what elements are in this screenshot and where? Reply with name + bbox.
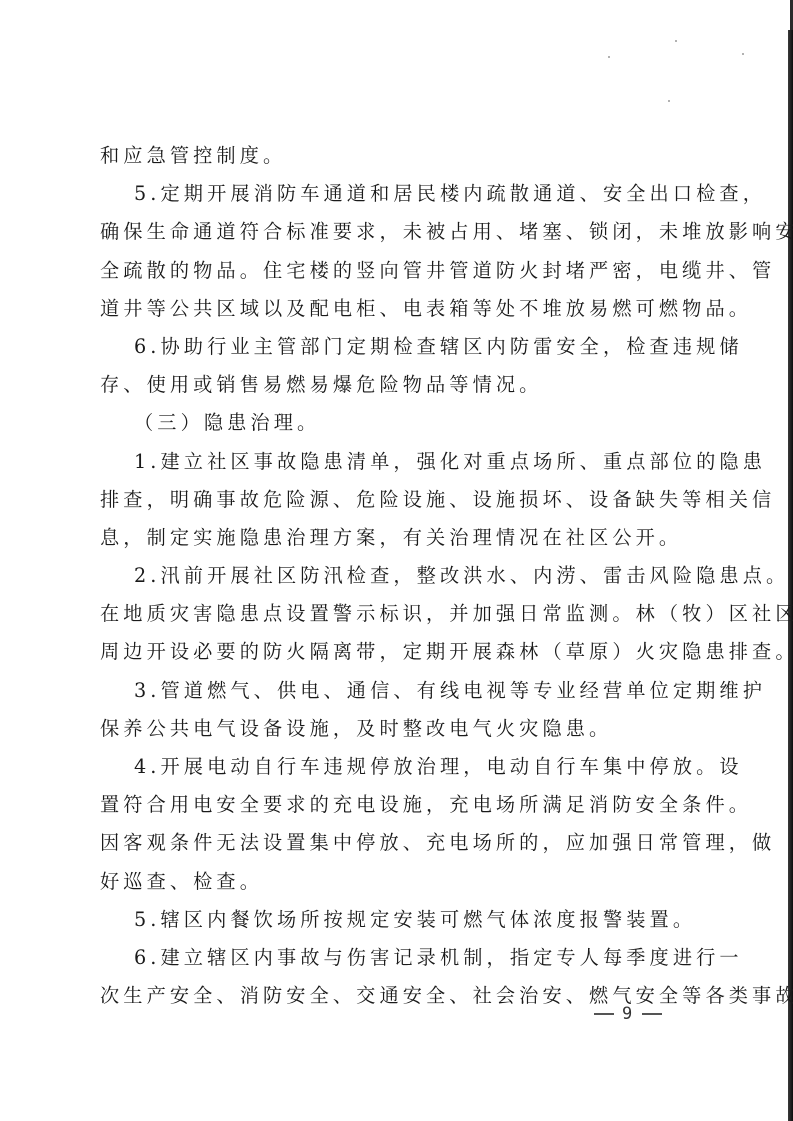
text-line: 因客观条件无法设置集中停放、充电场所的，应加强日常管理，做 (100, 824, 668, 862)
text-line: 和应急管控制度。 (100, 137, 668, 175)
text-line: 周边开设必要的防火隔离带，定期开展森林（草原）火灾隐患排查。 (100, 633, 668, 671)
text-line: 2.汛前开展社区防汛检查，整改洪水、内涝、雷击风险隐患点。 (100, 557, 668, 595)
scan-speck (675, 40, 677, 42)
text-line: 5.定期开展消防车通道和居民楼内疏散通道、安全出口检查， (100, 175, 668, 213)
text-line: 息，制定实施隐患治理方案，有关治理情况在社区公开。 (100, 519, 668, 557)
text-line: 3.管道燃气、供电、通信、有线电视等专业经营单位定期维护 (100, 672, 668, 710)
page-number-dash-right (642, 1013, 662, 1014)
document-body: 和应急管控制度。5.定期开展消防车通道和居民楼内疏散通道、安全出口检查，确保生命… (100, 137, 668, 1015)
text-line: （三）隐患治理。 (100, 404, 668, 442)
text-line: 4.开展电动自行车违规停放治理，电动自行车集中停放。设 (100, 748, 668, 786)
text-line: 保养公共电气设备设施，及时整改电气火灾隐患。 (100, 710, 668, 748)
scan-speck (668, 100, 670, 102)
document-page: 和应急管控制度。5.定期开展消防车通道和居民楼内疏散通道、安全出口检查，确保生命… (0, 0, 793, 1121)
page-number-value: 9 (622, 1004, 634, 1024)
text-line: 6.建立辖区内事故与伤害记录机制，指定专人每季度进行一 (100, 939, 668, 977)
text-line: 置符合用电安全要求的充电设施，充电场所满足消防安全条件。 (100, 786, 668, 824)
scan-speck (608, 56, 610, 58)
text-line: 1.建立社区事故隐患清单，强化对重点场所、重点部位的隐患 (100, 443, 668, 481)
scan-speck (742, 53, 744, 55)
text-line: 确保生命通道符合标准要求，未被占用、堵塞、锁闭，未堆放影响安 (100, 213, 668, 251)
text-line: 存、使用或销售易燃易爆危险物品等情况。 (100, 366, 668, 404)
text-line: 6.协助行业主管部门定期检查辖区内防雷安全，检查违规储 (100, 328, 668, 366)
text-line: 5.辖区内餐饮场所按规定安装可燃气体浓度报警装置。 (100, 901, 668, 939)
text-line: 全疏散的物品。住宅楼的竖向管井管道防火封堵严密，电缆井、管 (100, 252, 668, 290)
text-line: 排查，明确事故危险源、危险设施、设施损坏、设备缺失等相关信 (100, 481, 668, 519)
page-number: 9 (586, 1004, 670, 1024)
text-line: 在地质灾害隐患点设置警示标识，并加强日常监测。林（牧）区社区 (100, 595, 668, 633)
text-line: 次生产安全、消防安全、交通安全、社会治安、燃气安全等各类事故 (100, 977, 668, 1015)
text-line: 道井等公共区域以及配电柜、电表箱等处不堆放易燃可燃物品。 (100, 290, 668, 328)
text-line: 好巡查、检查。 (100, 863, 668, 901)
page-number-dash-left (594, 1013, 614, 1014)
